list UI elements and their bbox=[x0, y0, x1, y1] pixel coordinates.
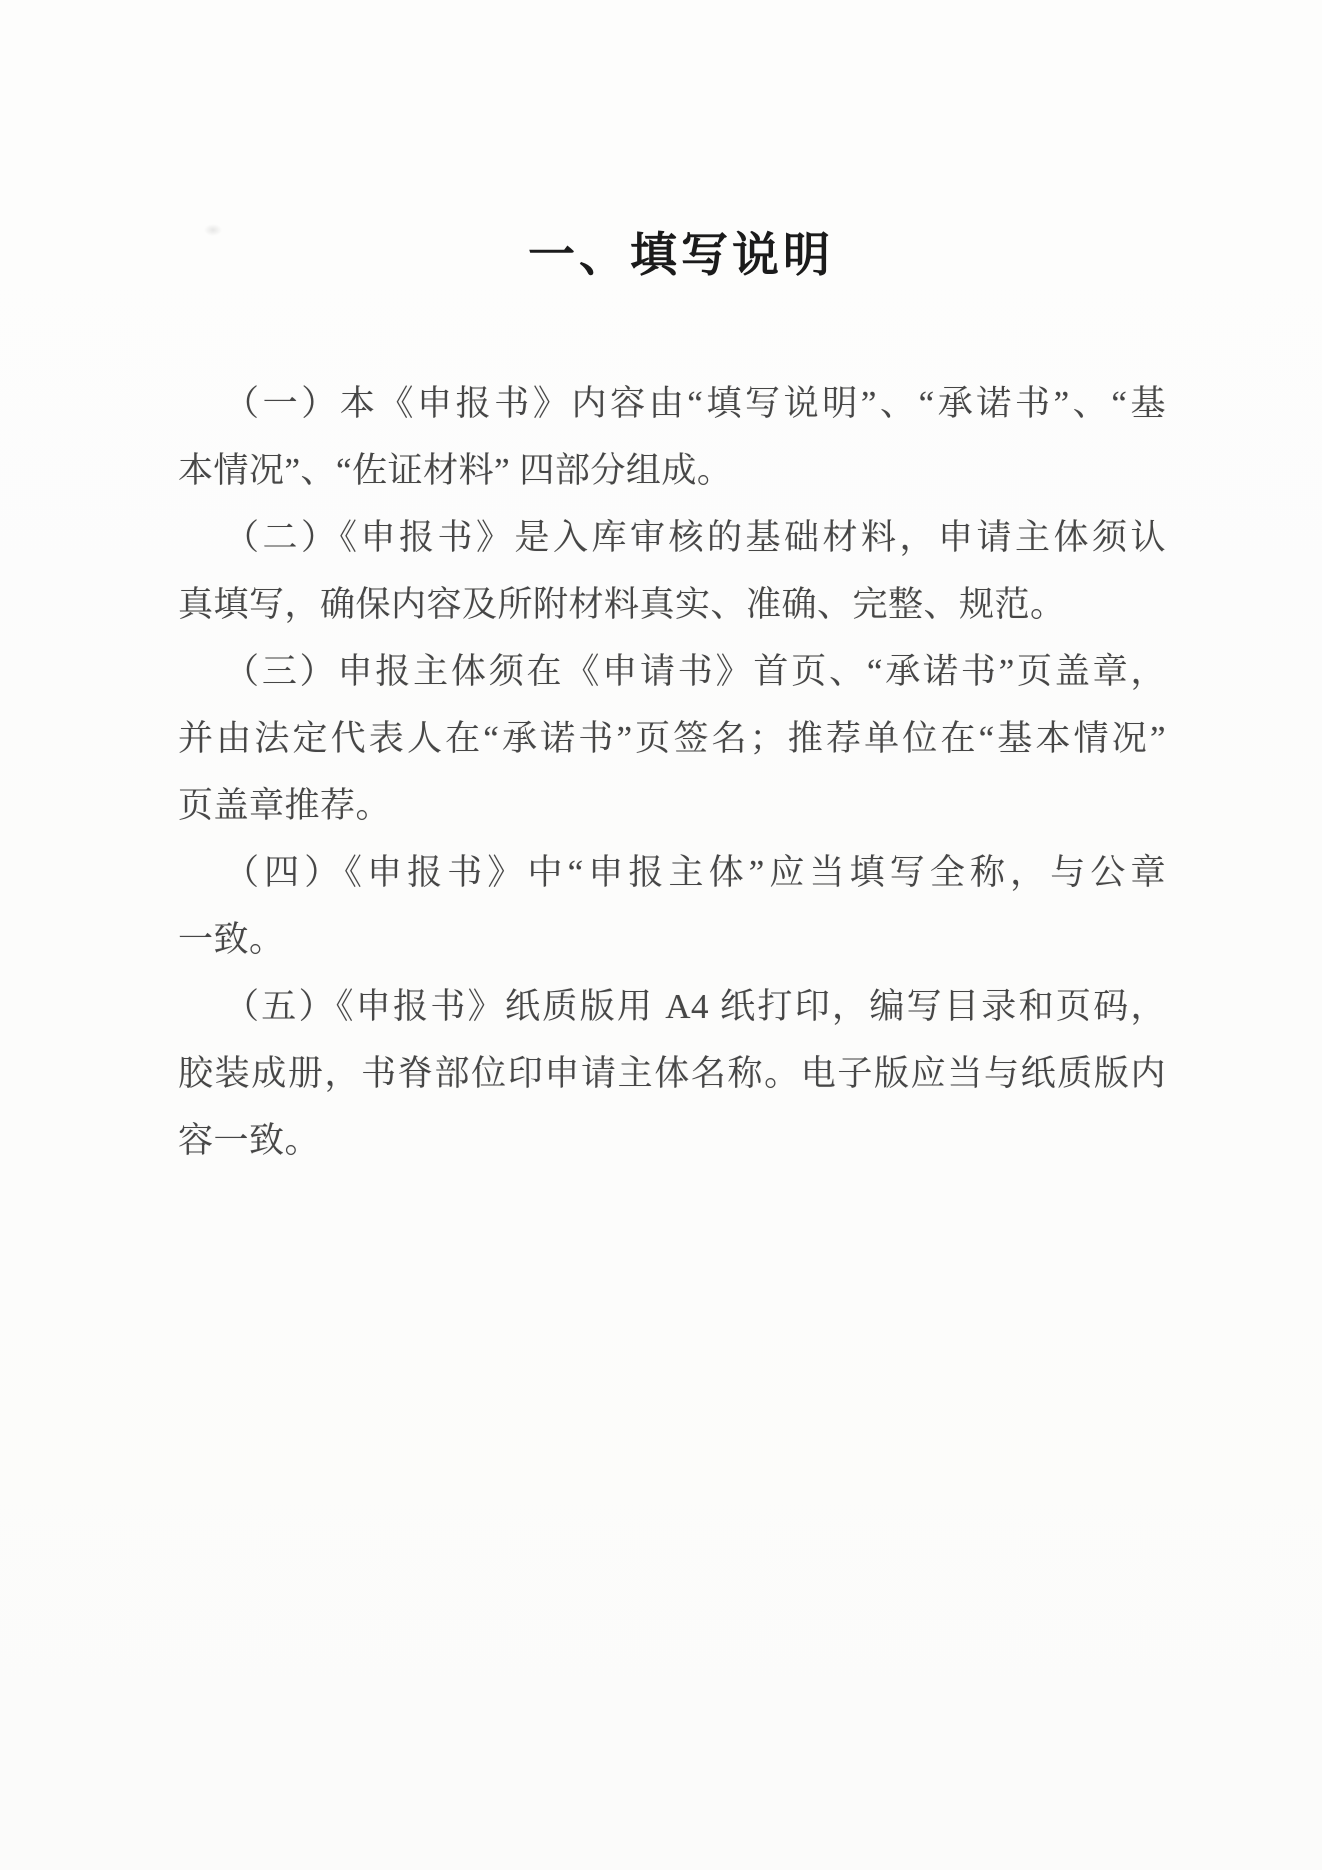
text-line: 页盖章推荐。 bbox=[178, 772, 1166, 839]
page-title: 一、填写说明 bbox=[20, 226, 1322, 284]
text-line: 真填写，确保内容及所附材料真实、准确、完整、规范。 bbox=[178, 571, 1166, 638]
text-line: （二）《申报书》是入库审核的基础材料，申请主体须认 bbox=[178, 504, 1166, 571]
text-line: 胶装成册，书脊部位印申请主体名称。电子版应当与纸质版内 bbox=[178, 1040, 1166, 1107]
text-line: 容一致。 bbox=[178, 1107, 1166, 1174]
text-line: （一）本《申报书》内容由“填写说明”、“承诺书”、“基 bbox=[178, 370, 1166, 437]
document-page: 一、填写说明 （一）本《申报书》内容由“填写说明”、“承诺书”、“基本情况”、“… bbox=[0, 0, 1322, 1870]
text-line: （四）《申报书》中“申报主体”应当填写全称，与公章 bbox=[178, 839, 1166, 906]
text-line: 一致。 bbox=[178, 906, 1166, 973]
text-line: 本情况”、“佐证材料” 四部分组成。 bbox=[178, 437, 1166, 504]
text-line: 并由法定代表人在“承诺书”页签名；推荐单位在“基本情况” bbox=[178, 705, 1166, 772]
body-text: （一）本《申报书》内容由“填写说明”、“承诺书”、“基本情况”、“佐证材料” 四… bbox=[178, 370, 1166, 1174]
text-line: （五）《申报书》纸质版用 A4 纸打印，编写目录和页码， bbox=[178, 973, 1166, 1040]
text-line: （三）申报主体须在《申请书》首页、“承诺书”页盖章， bbox=[178, 638, 1166, 705]
